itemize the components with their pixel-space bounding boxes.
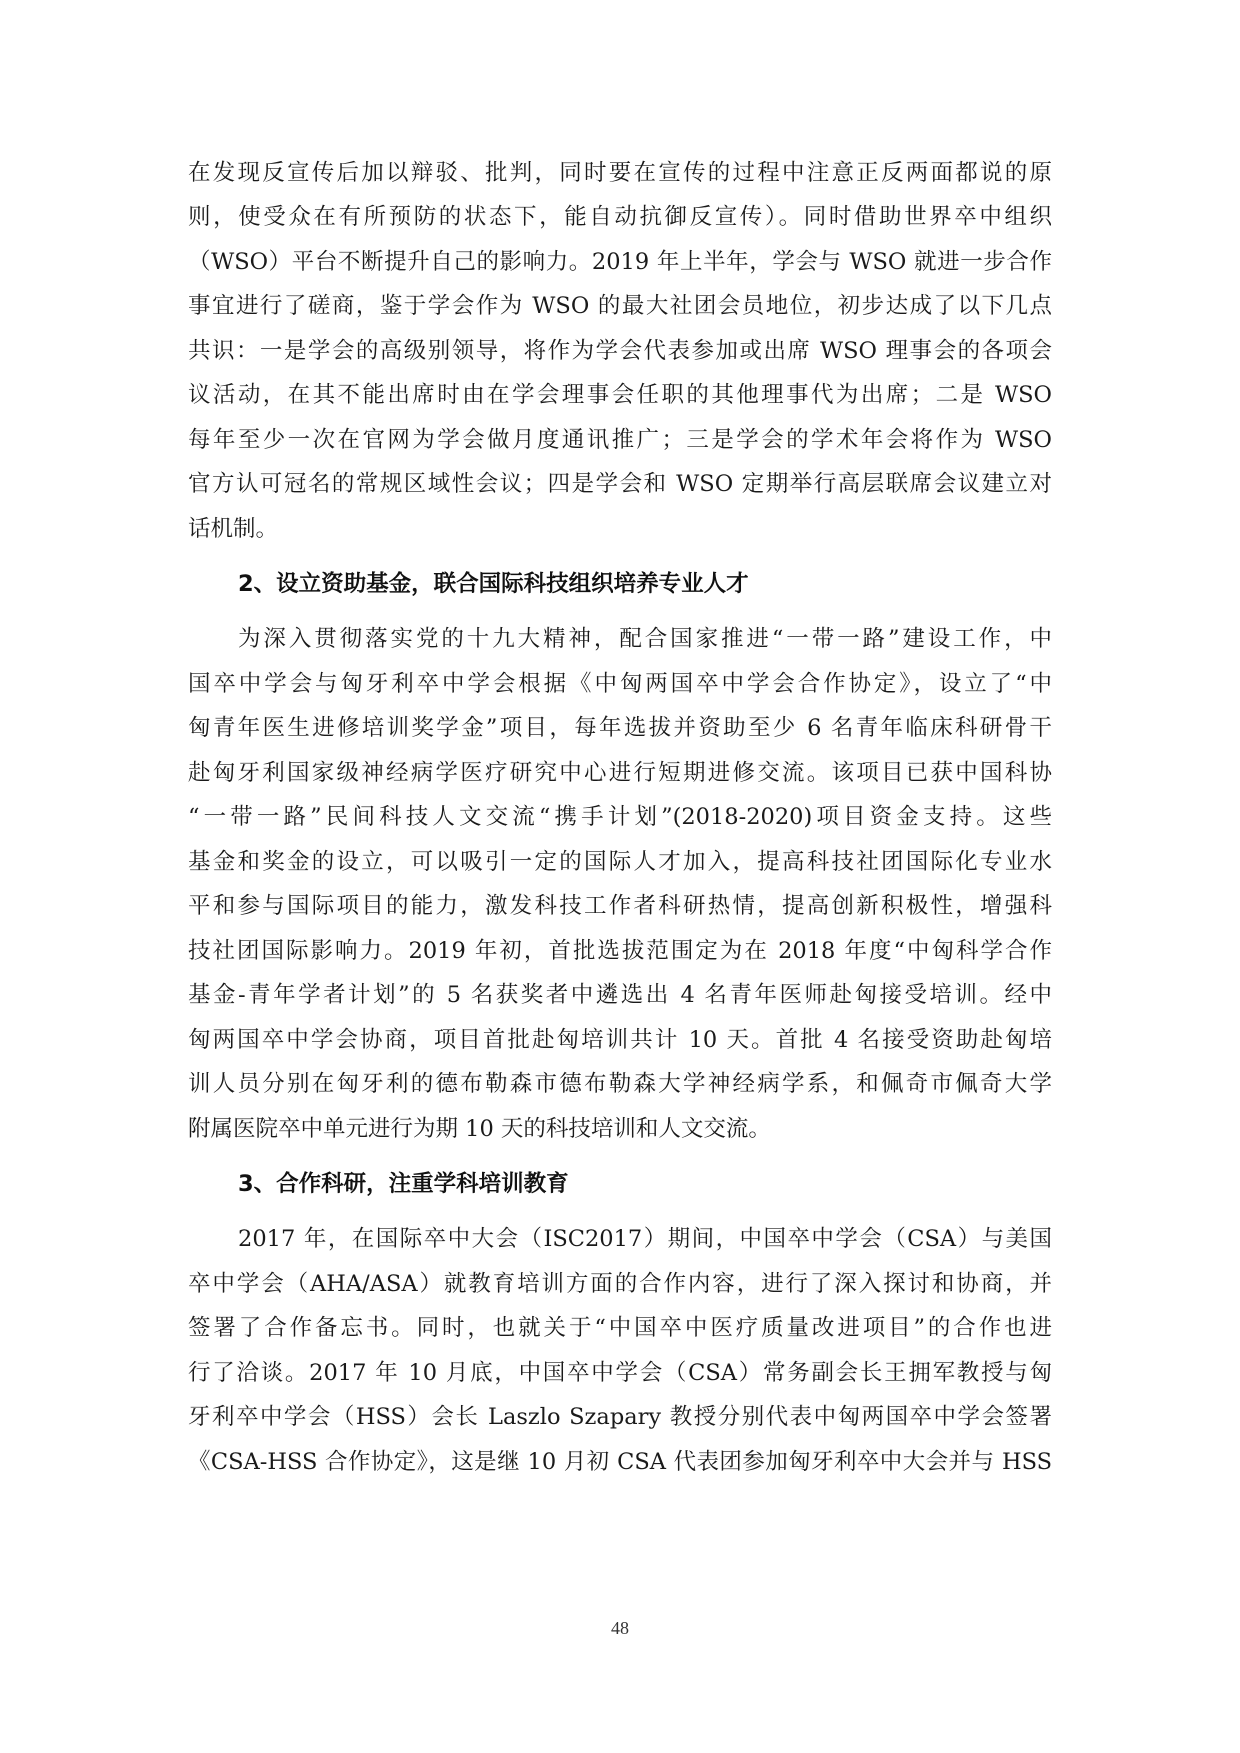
paragraph-1-line-4: 事宜进行了磋商，鉴于学会作为 WSO 的最大社团会员地位，初步达成了以下几点 [188,291,1052,321]
paragraph-2-line-7: 平和参与国际项目的能力，激发科技工作者科研热情，提高创新积极性，增强科 [188,891,1052,921]
paragraph-1-line-6: 议活动，在其不能出席时由在学会理事会任职的其他理事代为出席；二是 WSO [188,380,1052,410]
paragraph-3-line-5: 牙利卒中学会（HSS）会长 Laszlo Szapary 教授分别代表中匈两国卒… [188,1402,1052,1432]
paragraph-3-line-2: 卒中学会（AHA/ASA）就教育培训方面的合作内容，进行了深入探讨和协商，并 [188,1269,1052,1299]
paragraph-2-line-11: 训人员分别在匈牙利的德布勒森市德布勒森大学神经病学系，和佩奇市佩奇大学 [188,1069,1052,1099]
paragraph-2-line-3: 匈青年医生进修培训奖学金”项目，每年选拔并资助至少 6 名青年临床科研骨干 [188,713,1052,743]
paragraph-3-line-6: 《CSA-HSS 合作协定》，这是继 10 月初 CSA 代表团参加匈牙利卒中大… [188,1447,1052,1477]
section-heading-3: 3、合作科研，注重学科培训教育 [238,1169,569,1199]
paragraph-2-line-5: “一带一路”民间科技人文交流“携手计划”(2018-2020)项目资金支持。这些 [188,802,1052,832]
paragraph-2-line-1: 为深入贯彻落实党的十九大精神，配合国家推进“一带一路”建设工作，中 [238,624,1052,654]
paragraph-3-line-4: 行了洽谈。2017 年 10 月底，中国卒中学会（CSA）常务副会长王拥军教授与… [188,1358,1052,1388]
section-heading-2: 2、设立资助基金，联合国际科技组织培养专业人才 [238,569,749,599]
paragraph-3-line-3: 签署了合作备忘书。同时，也就关于“中国卒中医疗质量改进项目”的合作也进 [188,1313,1052,1343]
paragraph-2-line-10: 匈两国卒中学会协商，项目首批赴匈培训共计 10 天。首批 4 名接受资助赴匈培 [188,1025,1052,1055]
paragraph-1-line-2: 则，使受众在有所预防的状态下，能自动抗御反宣传）。同时借助世界卒中组织 [188,202,1052,232]
paragraph-3-line-1: 2017 年，在国际卒中大会（ISC2017）期间，中国卒中学会（CSA）与美国 [238,1224,1052,1254]
paragraph-2-line-8: 技社团国际影响力。2019 年初，首批选拔范围定为在 2018 年度“中匈科学合… [188,936,1052,966]
paragraph-1-line-7: 每年至少一次在官网为学会做月度通讯推广；三是学会的学术年会将作为 WSO [188,425,1052,455]
paragraph-1-line-9: 话机制。 [188,514,1052,544]
document-page: 在发现反宣传后加以辩驳、批判，同时要在宣传的过程中注意正反两面都说的原 则，使受… [0,0,1240,1753]
paragraph-2-line-6: 基金和奖金的设立，可以吸引一定的国际人才加入，提高科技社团国际化专业水 [188,847,1052,877]
paragraph-1-line-8: 官方认可冠名的常规区域性会议；四是学会和 WSO 定期举行高层联席会议建立对 [188,469,1052,499]
paragraph-2-line-9: 基金-青年学者计划”的 5 名获奖者中遴选出 4 名青年医师赴匈接受培训。经中 [188,980,1052,1010]
paragraph-2-line-12: 附属医院卒中单元进行为期 10 天的科技培训和人文交流。 [188,1114,1052,1144]
page-number: 48 [570,1618,670,1639]
paragraph-2-line-4: 赴匈牙利国家级神经病学医疗研究中心进行短期进修交流。该项目已获中国科协 [188,758,1052,788]
paragraph-1-line-1: 在发现反宣传后加以辩驳、批判，同时要在宣传的过程中注意正反两面都说的原 [188,158,1052,188]
paragraph-1-line-5: 共识：一是学会的高级别领导，将作为学会代表参加或出席 WSO 理事会的各项会 [188,336,1052,366]
paragraph-1-line-3: （WSO）平台不断提升自己的影响力。2019 年上半年，学会与 WSO 就进一步… [188,247,1052,277]
paragraph-2-line-2: 国卒中学会与匈牙利卒中学会根据《中匈两国卒中学会合作协定》，设立了“中 [188,669,1052,699]
